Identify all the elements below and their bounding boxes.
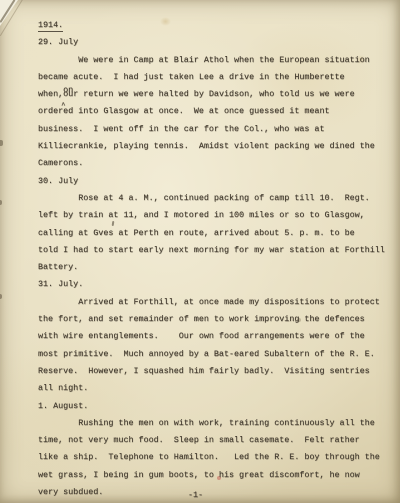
text-line: Killiecrankie, playing tennis. Amidst vi… <box>38 138 394 155</box>
text-line: ordered into Glasgow at once. We at once… <box>38 103 394 120</box>
text-line: wet grass, I being in gum boots, to his … <box>38 467 394 484</box>
text-line: left by train at 11, and I motored in 10… <box>38 207 394 224</box>
text-line: Battery. <box>38 259 394 276</box>
typed-page-content: 1914. 29. July We were in Camp at Blair … <box>38 17 394 501</box>
text-line: like a ship. Telephone to Hamilton. Led … <box>38 449 394 466</box>
text-line: business. I went off in the car for the … <box>38 121 394 138</box>
scanned-diary-page: { "doc": { "colors": { "paper": "#e9e1c5… <box>0 0 400 503</box>
text-line-with-insertion: when,on^our return we were halted by Dav… <box>38 86 394 103</box>
text-line: the fort, and set remainder of men to wo… <box>38 311 394 328</box>
text-line: became acute. I had just taken Lee a dri… <box>38 69 394 86</box>
date-heading-30-july: 30. July <box>38 173 394 190</box>
date-heading-31-july: 31. July. <box>38 276 394 293</box>
text-line: calling at Gves at Perth en route, arriv… <box>38 225 394 242</box>
page-number: -1- <box>188 487 203 503</box>
text-line-last: very subdued.-1- <box>38 484 394 501</box>
text-line: Rushing the men on with work, training c… <box>38 415 394 432</box>
text-line: Reserve. However, I squashed him fairly … <box>38 363 394 380</box>
text-line: Camerons. <box>38 155 394 172</box>
text-line: Arrived at Forthill, at once made my dis… <box>38 294 394 311</box>
date-heading-1-august: 1. August. <box>38 398 394 415</box>
text-line: We were in Camp at Blair Athol when the … <box>38 52 394 69</box>
text-line: most primitive. Much annoyed by a Bat-ea… <box>38 346 394 363</box>
year-heading: 1914. <box>38 17 394 34</box>
text-line: all night. <box>38 380 394 397</box>
last-line-text: very subdued. <box>38 487 103 497</box>
text-line: Rose at 4 a. M., continued packing of ca… <box>38 190 394 207</box>
text-line: told I had to start early next morning f… <box>38 242 394 259</box>
page-edge-nick <box>0 140 3 146</box>
text-before-insertion: when, <box>38 89 63 99</box>
text-line: with wire entanglements. Our own food ar… <box>38 328 394 345</box>
date-heading-29-july: 29. July <box>38 34 394 51</box>
text-line: time, not very much food. Sleep in small… <box>38 432 394 449</box>
inserted-word: on <box>63 82 73 99</box>
text-after-insertion: our return we were halted by Davidson, w… <box>63 89 355 99</box>
